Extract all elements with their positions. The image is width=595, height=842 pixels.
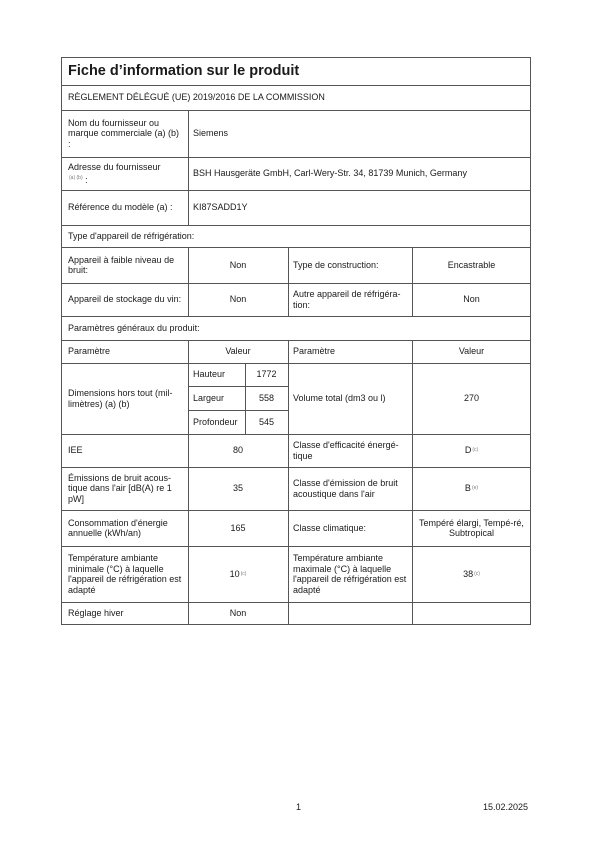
dimension-width-label: Largeur bbox=[188, 386, 245, 410]
noise-emission-value: 35 bbox=[188, 467, 288, 510]
document-date: 15.02.2025 bbox=[483, 802, 528, 812]
min-temperature-label: Température ambiante minimale (°C) à laq… bbox=[61, 546, 188, 602]
noise-class-label: Classe d'émission de bruit acoustique da… bbox=[288, 467, 412, 510]
wine-storage-value: Non bbox=[188, 283, 288, 316]
dimension-height-label: Hauteur bbox=[188, 363, 245, 386]
energy-class-value: D(c) bbox=[412, 434, 531, 467]
climate-class-label: Classe climatique: bbox=[288, 510, 412, 546]
column-header-value: Valeur bbox=[412, 340, 531, 363]
noise-class-value: B(e) bbox=[412, 467, 531, 510]
supplier-address-value: BSH Hausgeräte GmbH, Carl-Wery-Str. 34, … bbox=[188, 157, 531, 190]
dimension-width-value: 558 bbox=[245, 386, 288, 410]
page-title: Fiche d’information sur le produit bbox=[61, 57, 531, 85]
total-volume-value: 270 bbox=[412, 363, 531, 434]
supplier-name-value: Siemens bbox=[188, 110, 531, 157]
supplier-name-label: Nom du fournisseur ou marque commerciale… bbox=[61, 110, 188, 157]
dimensions-label: Dimensions hors tout (mil-limètres) (a) … bbox=[61, 363, 188, 434]
page-number: 1 bbox=[296, 802, 301, 812]
energy-consumption-value: 165 bbox=[188, 510, 288, 546]
footnote-marker: (c) bbox=[474, 569, 480, 580]
low-noise-value: Non bbox=[188, 247, 288, 283]
winter-setting-value: Non bbox=[188, 602, 288, 625]
column-header-parameter: Paramètre bbox=[61, 340, 188, 363]
footnote-marker: (a) (b) bbox=[69, 175, 83, 181]
iee-value: 80 bbox=[188, 434, 288, 467]
column-header-parameter: Paramètre bbox=[288, 340, 412, 363]
address-label-text: Adresse du fournisseur bbox=[68, 162, 161, 172]
energy-class-label: Classe d'efficacité énergé-tique bbox=[288, 434, 412, 467]
supplier-address-label: Adresse du fournisseur(a) (b) : bbox=[61, 157, 188, 190]
iee-label: IEE bbox=[61, 434, 188, 467]
energy-consumption-label: Consommation d'énergie annuelle (kWh/an) bbox=[61, 510, 188, 546]
column-header-value: Valeur bbox=[188, 340, 288, 363]
general-parameters-heading: Paramètres généraux du produit: bbox=[61, 316, 531, 340]
model-reference-value: KI87SADD1Y bbox=[188, 190, 531, 225]
winter-setting-label: Réglage hiver bbox=[61, 602, 188, 625]
dimension-depth-value: 545 bbox=[245, 410, 288, 434]
address-colon: : bbox=[85, 175, 88, 185]
wine-storage-label: Appareil de stockage du vin: bbox=[61, 283, 188, 316]
low-noise-label: Appareil à faible niveau de bruit: bbox=[61, 247, 188, 283]
min-temperature-number: 10 bbox=[230, 569, 240, 580]
total-volume-label: Volume total (dm3 ou l) bbox=[288, 363, 412, 434]
other-appliance-value: Non bbox=[412, 283, 531, 316]
construction-type-label: Type de construction: bbox=[288, 247, 412, 283]
climate-class-value: Tempéré élargi, Tempé-ré, Subtropical bbox=[412, 510, 531, 546]
energy-class-letter: D bbox=[465, 445, 472, 456]
footnote-marker: (e) bbox=[472, 483, 478, 494]
footnote-marker: (c) bbox=[241, 569, 247, 580]
dimension-height-value: 1772 bbox=[245, 363, 288, 386]
other-appliance-label: Autre appareil de réfrigéra-tion: bbox=[288, 283, 412, 316]
max-temperature-number: 38 bbox=[463, 569, 473, 580]
dimension-depth-label: Profondeur bbox=[188, 410, 245, 434]
noise-class-letter: B bbox=[465, 483, 471, 494]
max-temperature-value: 38(c) bbox=[412, 546, 531, 602]
min-temperature-value: 10(c) bbox=[188, 546, 288, 602]
max-temperature-label: Température ambiante maximale (°C) à laq… bbox=[288, 546, 412, 602]
regulation-reference: RÈGLEMENT DÉLÉGUÉ (UE) 2019/2016 DE LA C… bbox=[61, 85, 531, 110]
appliance-type-heading: Type d'appareil de réfrigération: bbox=[61, 225, 531, 247]
model-reference-label: Référence du modèle (a) : bbox=[61, 190, 188, 225]
construction-type-value: Encastrable bbox=[412, 247, 531, 283]
footnote-marker: (c) bbox=[472, 445, 478, 456]
noise-emission-label: Émissions de bruit acous-tique dans l'ai… bbox=[61, 467, 188, 510]
